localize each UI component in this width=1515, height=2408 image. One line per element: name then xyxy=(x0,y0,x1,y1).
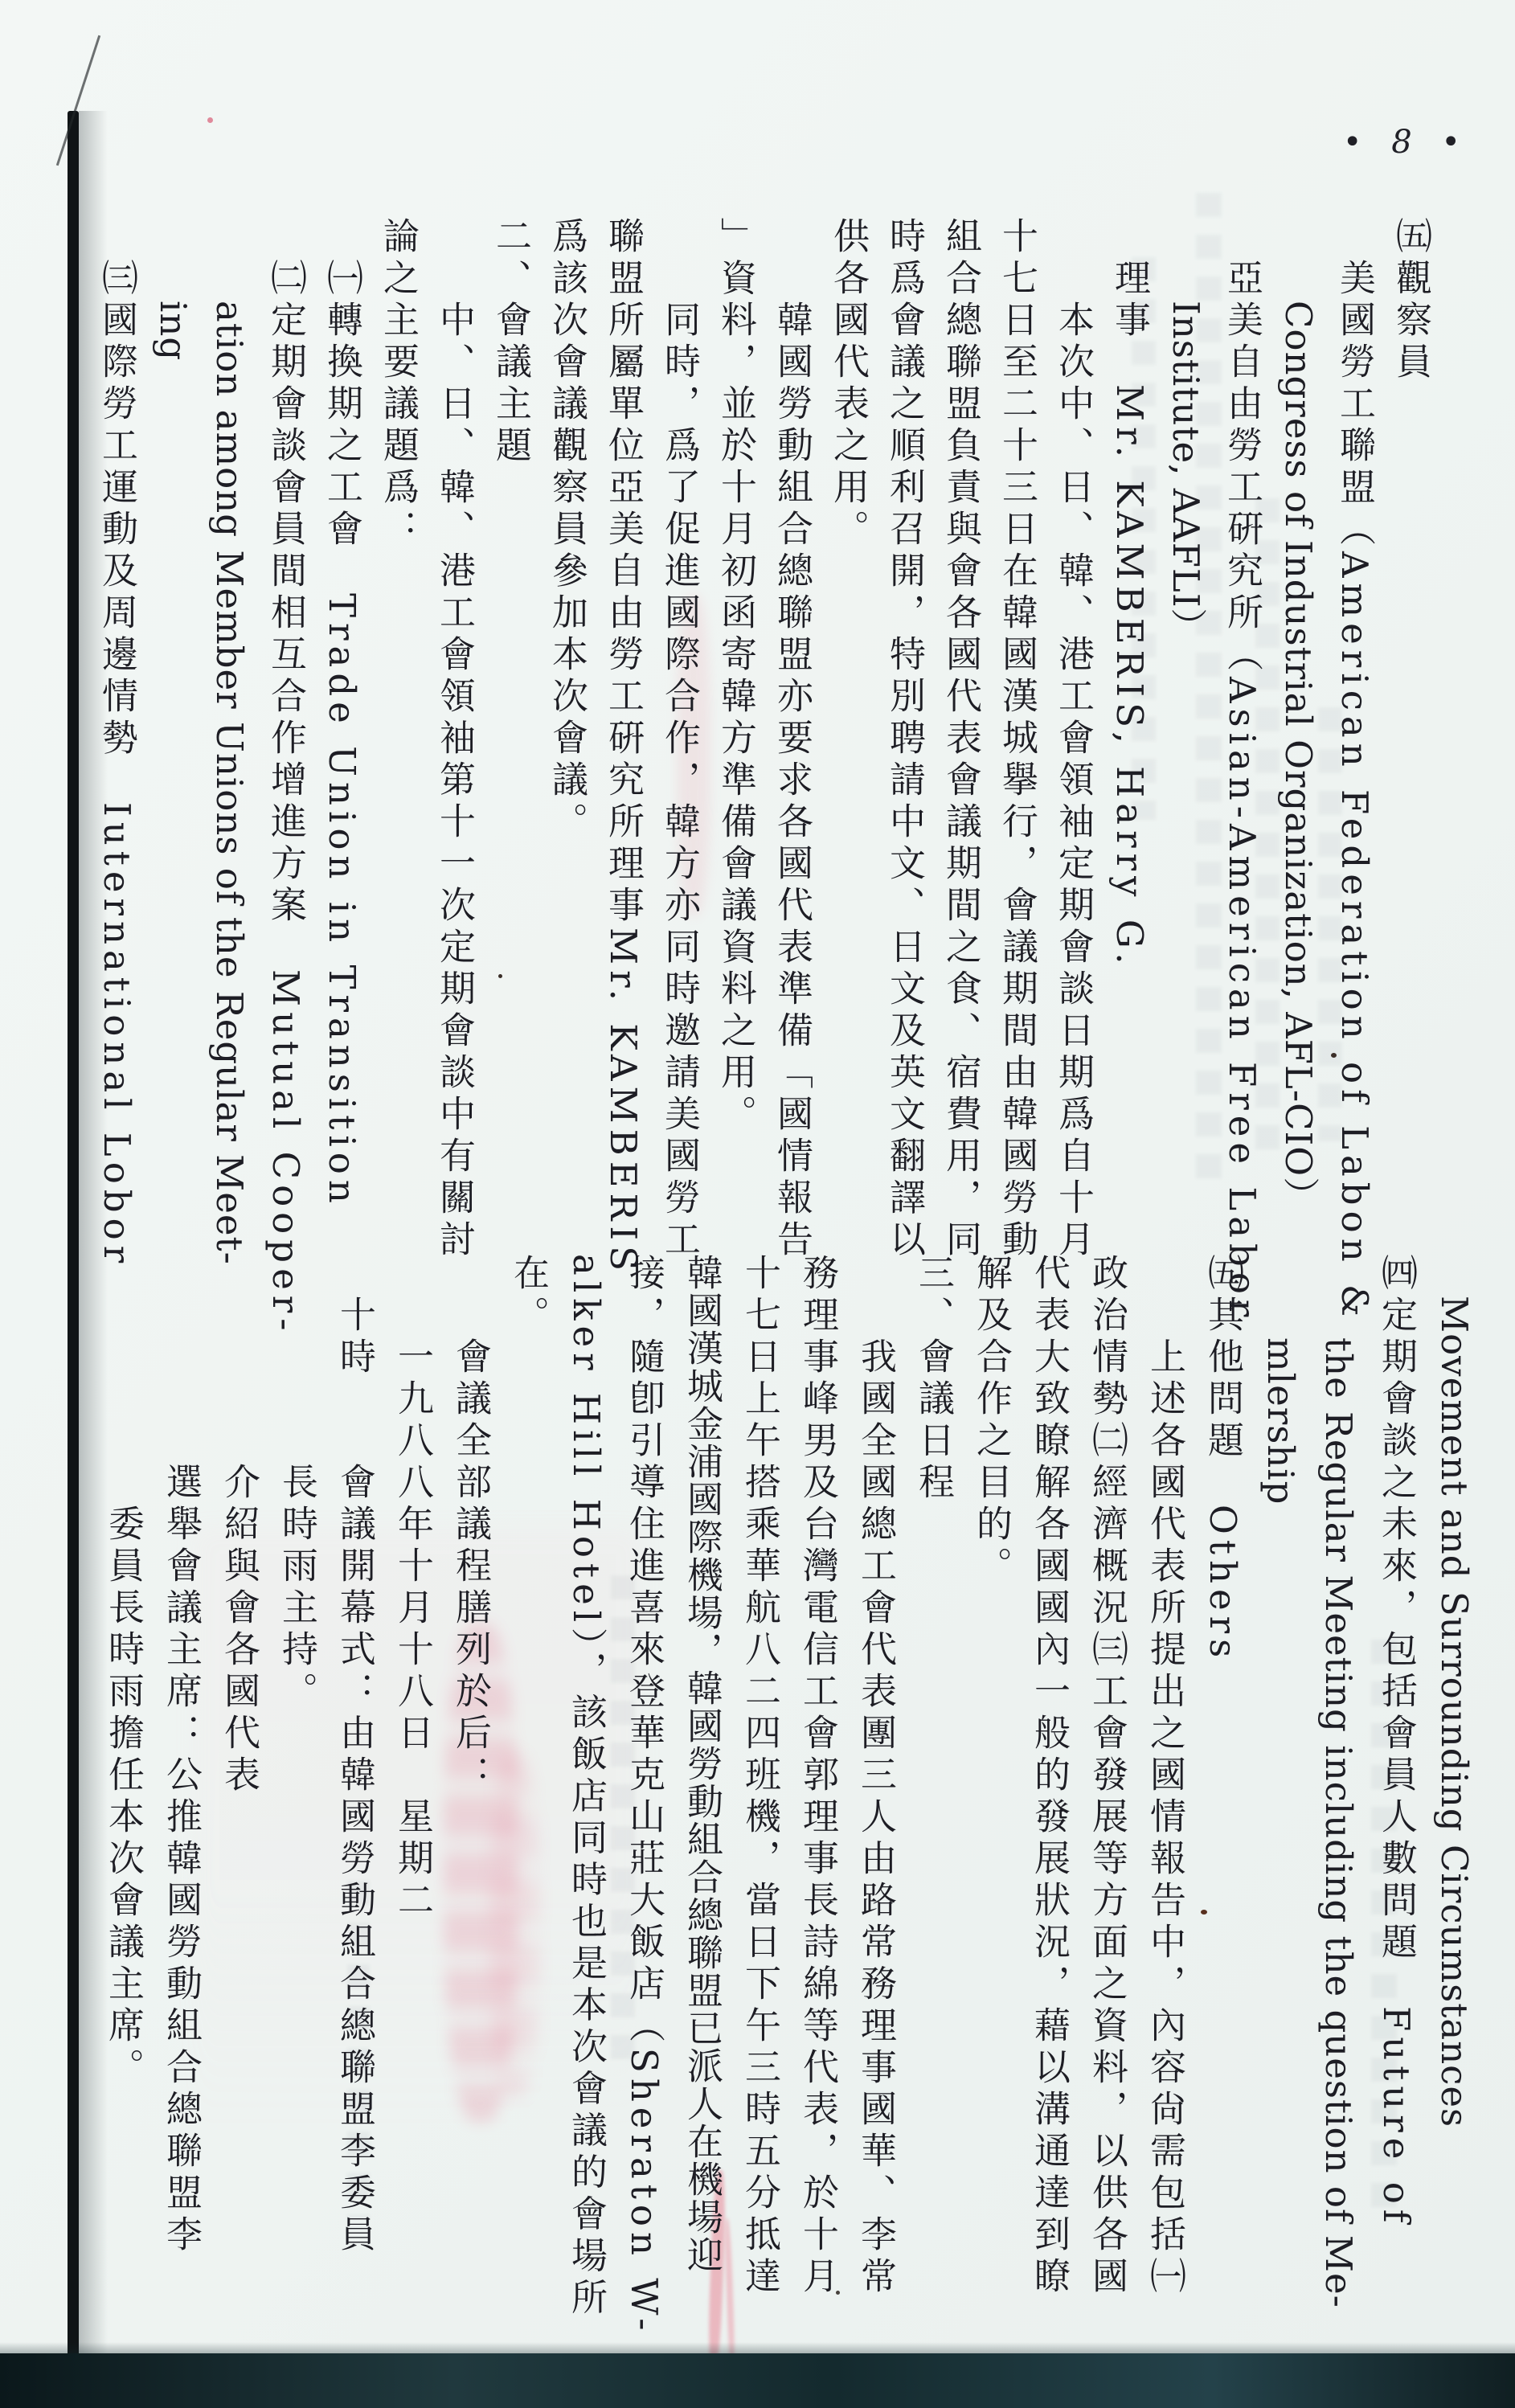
text-column: 韓國勞動組合總聯盟亦要求各國代表準備「國情報告 xyxy=(764,217,820,1286)
text-column: 長時雨主持。 xyxy=(268,1254,326,2347)
text-column: 委員長時雨擔任本次會議主席。 xyxy=(94,1254,152,2347)
text-column: 一九八八年十月十八日 星期二 xyxy=(383,1254,441,2347)
text-column: Institute, AAFLI） xyxy=(1157,217,1214,1286)
text-column: the Regular Meeting including the questi… xyxy=(1309,1254,1367,2347)
ink-speck xyxy=(207,117,213,123)
text-column: Congress of Industrial Organization, AFL… xyxy=(1270,217,1326,1286)
text-column: 理事 Mr. KAMBERIS, Harry G. xyxy=(1101,217,1157,1286)
scan-edge-left xyxy=(68,111,79,2361)
text-column: 同時，爲了促進國際合作，韓方亦同時邀請美國勞工 xyxy=(651,217,707,1286)
text-column: 選舉會議主席：公推韓國勞動組合總聯盟李 xyxy=(152,1254,210,2347)
text-column: 本次中、日、韓、港工會領袖定期會談日期爲自十月 xyxy=(1045,217,1101,1286)
text-column: 接，隨卽引導住進喜來登華克山莊大飯店（Sheraton W- xyxy=(615,1254,673,2347)
text-column: 美國勞工聯盟（American Federation of Labon & xyxy=(1326,217,1382,1286)
text-column: 十時 會議開幕式：由韓國勞動組合總聯盟李委員 xyxy=(326,1254,383,2347)
text-column: 在。 xyxy=(499,1254,557,2347)
text-column: 十七日至二十三日在韓國漢城擧行，會議期間由韓國勞動 xyxy=(989,217,1045,1286)
text-column: 代表大致瞭解各國國內一般的發展狀況，藉以溝通達到瞭 xyxy=(1020,1254,1078,2347)
text-column: 十七日上午搭乘華航八二四班機，當日下午三時五分抵達 xyxy=(731,1254,788,2347)
text-column: 亞美自由勞工硏究所（Asian-American Free Labor xyxy=(1214,217,1270,1286)
scan-edge-bottom xyxy=(0,2353,1515,2408)
text-column: 供各國代表之用。 xyxy=(820,217,876,1286)
text-column: 政治情勢㈡經濟概況㈢工會發展等方面之資料，以供各國 xyxy=(1078,1254,1136,2347)
text-column: ㈢國際勞工運動及周邊情勢 Iuternational Lobor xyxy=(88,217,145,1286)
text-column: 三、會議日程 xyxy=(904,1254,962,2347)
text-column: 務理事峰男及台灣電信工會郭理事長詩綿等代表，於十月 xyxy=(788,1254,846,2347)
text-column: ㈣定期會談之未來，包括會員人數問題 Future of xyxy=(1367,1254,1425,2347)
text-column: 聯盟所屬單位亞美自由勞工硏究所理事Mr. KAMBERIS xyxy=(595,217,651,1286)
text-column: 韓國漢城金浦國際機場，韓國勞動組合總聯盟已派人在機場迎 xyxy=(673,1254,731,2347)
text-column: ㈡定期會談會員間相互合作增進方案 Mutual Cooper- xyxy=(257,217,313,1286)
text-column: ation among Member Unions of the Regular… xyxy=(201,217,257,1286)
text-column: 介紹與會各國代表 xyxy=(210,1254,268,2347)
text-column: 時爲會議之順利召開，特別聘請中文、日文及英文翻譯以 xyxy=(876,217,932,1286)
text-column: 」資料，並於十月初函寄韓方準備會議資料之用。 xyxy=(707,217,764,1286)
text-column: ing xyxy=(145,217,201,1286)
text-column: 上述各國代表所提出之國情報告中，內容尙需包括㈠ xyxy=(1136,1254,1194,2347)
text-column: ㈤觀察員 xyxy=(1382,217,1439,1286)
scanned-document-page: • 8 • ㈤觀察員美國勞工聯盟（American Federation of … xyxy=(0,0,1515,2408)
text-column: alker Hill Hotel），該飯店同時也是本次會議的會場所 xyxy=(557,1254,615,2347)
text-column: Movement and Surrounding Circumstances xyxy=(1425,1254,1483,2347)
text-column: 我國全國總工會代表團三人由路常務理事國華、李常 xyxy=(846,1254,904,2347)
text-column: mlership xyxy=(1251,1254,1309,2347)
text-column: ㈤其他問題 Others xyxy=(1194,1254,1251,2347)
text-column: 論之主要議題爲： xyxy=(370,217,426,1286)
text-column: ㈠轉換期之工會 Trade Union in Transition xyxy=(313,217,370,1286)
text-column: 二、會議主題 xyxy=(482,217,538,1286)
text-column: 爲該次會議觀察員參加本次會議。 xyxy=(538,217,595,1286)
text-column: 中、日、韓、港工會領袖第十一次定期會談中有關討 xyxy=(426,217,482,1286)
text-column: 組合總聯盟負責與會各國代表會議期間之食、宿費用，同 xyxy=(932,217,989,1286)
page-number: • 8 • xyxy=(1343,124,1470,161)
text-column: 會議全部議程膳列於后： xyxy=(441,1254,499,2347)
text-block-bottom: Movement and Surrounding Circumstances㈣定… xyxy=(94,1254,1483,2347)
text-column: 解及合作之目的。 xyxy=(962,1254,1020,2347)
text-block-top: ㈤觀察員美國勞工聯盟（American Federation of Labon … xyxy=(88,217,1439,1286)
